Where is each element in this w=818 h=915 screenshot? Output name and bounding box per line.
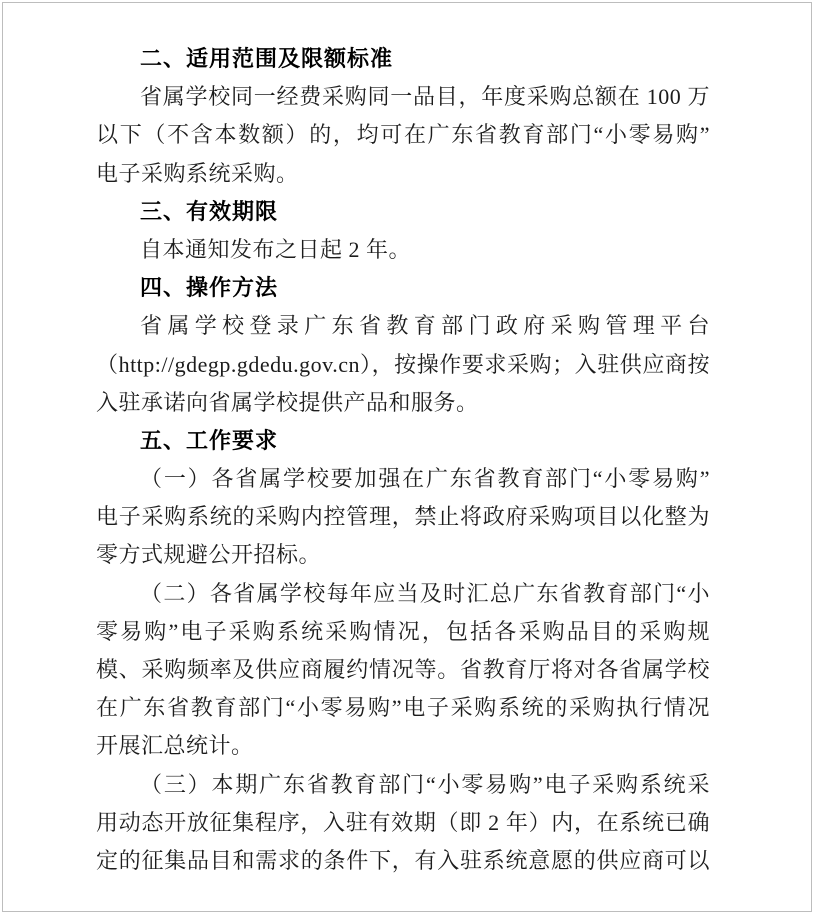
paragraph-line: 定的征集品目和需求的条件下，有入驻系统意愿的供应商可以 (96, 842, 710, 880)
paragraph-line: 电子采购系统的采购内控管理，禁止将政府采购项目以化整为 (96, 498, 710, 536)
paragraph-line: （http://gdegp.gdedu.gov.cn），按操作要求采购；入驻供应… (96, 346, 710, 384)
paragraph-line: 在广东省教育部门“小零易购”电子采购系统的采购执行情况 (96, 689, 710, 727)
paragraph-line: （三）本期广东省教育部门“小零易购”电子采购系统采 (96, 766, 710, 804)
paragraph-line: 零易购”电子采购系统采购情况，包括各采购品目的采购规 (96, 613, 710, 651)
paragraph-line: 模、采购频率及供应商履约情况等。省教育厅将对各省属学校 (96, 651, 710, 689)
paragraph-line: 省属学校登录广东省教育部门政府采购管理平台 (96, 307, 710, 345)
paragraph-line: （一）各省属学校要加强在广东省教育部门“小零易购” (96, 460, 710, 498)
document-body: 二、适用范围及限额标准 省属学校同一经费采购同一品目，年度采购总额在 100 万… (96, 40, 710, 880)
paragraph-line: 省属学校同一经费采购同一品目，年度采购总额在 100 万 (96, 78, 710, 116)
document-page: 二、适用范围及限额标准 省属学校同一经费采购同一品目，年度采购总额在 100 万… (2, 2, 812, 912)
paragraph-line: 以下（不含本数额）的，均可在广东省教育部门“小零易购” (96, 116, 710, 154)
paragraph-line: 零方式规避公开招标。 (96, 536, 710, 574)
paragraph-line: 电子采购系统采购。 (96, 155, 710, 193)
heading-section-4: 四、操作方法 (96, 269, 710, 307)
heading-section-3: 三、有效期限 (96, 193, 710, 231)
heading-section-2: 二、适用范围及限额标准 (96, 40, 710, 78)
paragraph-line: （二）各省属学校每年应当及时汇总广东省教育部门“小 (96, 575, 710, 613)
paragraph-line: 用动态开放征集程序，入驻有效期（即 2 年）内，在系统已确 (96, 804, 710, 842)
paragraph-line: 开展汇总统计。 (96, 727, 710, 765)
paragraph-line: 入驻承诺向省属学校提供产品和服务。 (96, 384, 710, 422)
paragraph-line: 自本通知发布之日起 2 年。 (96, 231, 710, 269)
heading-section-5: 五、工作要求 (96, 422, 710, 460)
